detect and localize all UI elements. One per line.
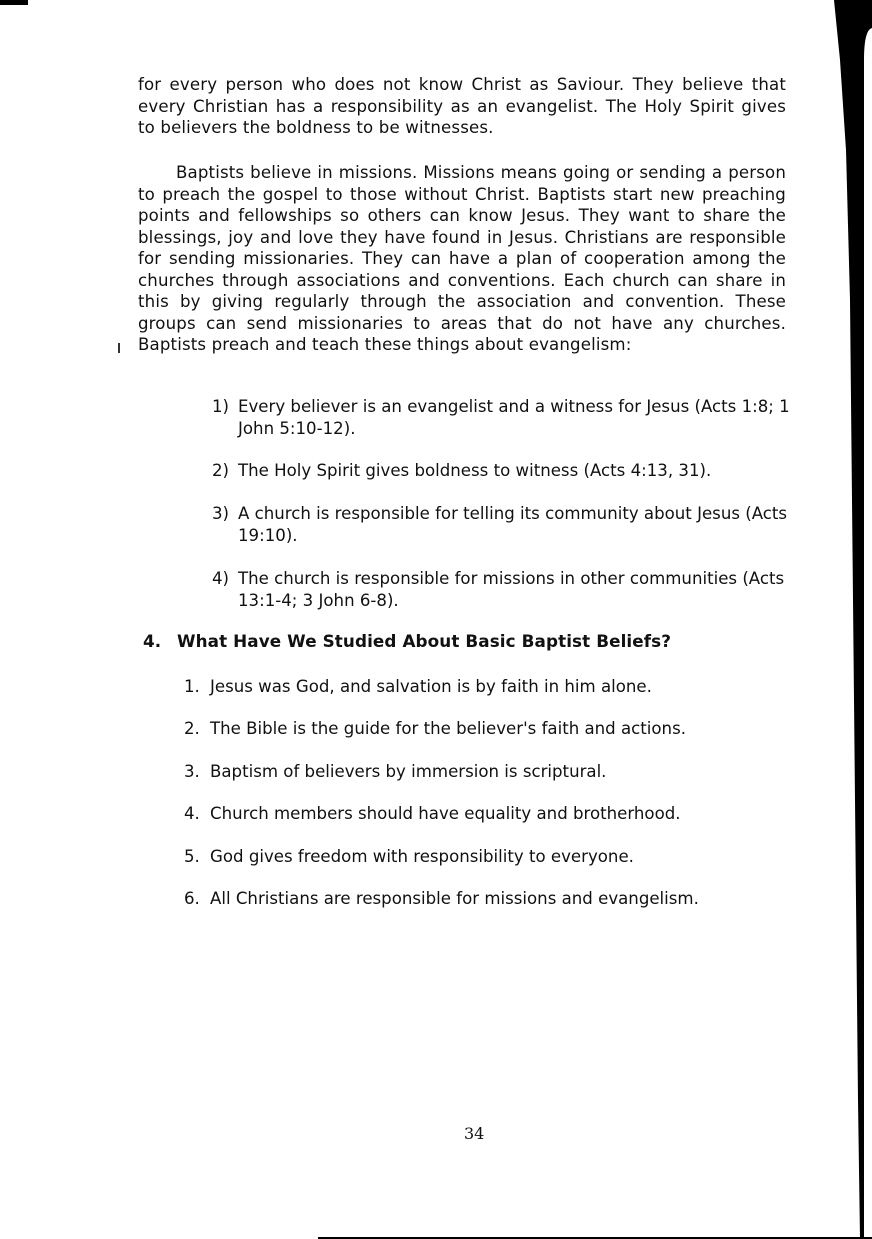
list-item: 6.All Christians are responsible for mis…: [184, 888, 699, 910]
section-title: What Have We Studied About Basic Baptist…: [177, 631, 671, 651]
margin-mark: [118, 343, 120, 353]
list-item-text: The Holy Spirit gives boldness to witnes…: [212, 460, 812, 482]
list-item: 3.Baptism of believers by immersion is s…: [184, 761, 606, 783]
list-item-number: 5.: [184, 846, 210, 868]
list-item-number: 1): [212, 396, 229, 418]
list-item: 2) The Holy Spirit gives boldness to wit…: [212, 460, 812, 482]
list-item-number: 1.: [184, 676, 210, 698]
list-item: 1) Every believer is an evangelist and a…: [212, 396, 812, 439]
scan-edge-shadow: [812, 0, 872, 1239]
list-item: 4.Church members should have equality an…: [184, 803, 681, 825]
list-item-number: 4): [212, 568, 229, 590]
list-item-text: All Christians are responsible for missi…: [210, 889, 699, 908]
list-item-text: Church members should have equality and …: [210, 804, 681, 823]
list-item-text: Jesus was God, and salvation is by faith…: [210, 677, 652, 696]
scan-corner-mark: [0, 0, 28, 5]
list-item: 2.The Bible is the guide for the believe…: [184, 718, 686, 740]
list-item-number: 2): [212, 460, 229, 482]
section-number: 4.: [143, 630, 177, 652]
section-heading: 4.What Have We Studied About Basic Bapti…: [143, 630, 671, 652]
page-number: 34: [464, 1124, 484, 1143]
list-item-text: The Bible is the guide for the believer'…: [210, 719, 686, 738]
paragraph-missions: Baptists believe in missions. Missions m…: [138, 162, 786, 356]
list-item-text: Every believer is an evangelist and a wi…: [212, 396, 812, 439]
scanned-page: for every person who does not know Chris…: [0, 0, 872, 1239]
list-item: 3) A church is responsible for telling i…: [212, 503, 812, 546]
list-item-number: 3): [212, 503, 229, 525]
list-item: 1.Jesus was God, and salvation is by fai…: [184, 676, 652, 698]
list-item-number: 3.: [184, 761, 210, 783]
list-item: 4) The church is responsible for mission…: [212, 568, 812, 611]
list-item-text: Baptism of believers by immersion is scr…: [210, 762, 606, 781]
list-item-text: The church is responsible for missions i…: [212, 568, 812, 611]
list-item-number: 6.: [184, 888, 210, 910]
list-item-number: 4.: [184, 803, 210, 825]
list-item: 5.God gives freedom with responsibility …: [184, 846, 634, 868]
list-item-text: God gives freedom with responsibility to…: [210, 847, 634, 866]
paragraph-intro: for every person who does not know Chris…: [138, 74, 786, 139]
list-item-number: 2.: [184, 718, 210, 740]
list-item-text: A church is responsible for telling its …: [212, 503, 812, 546]
